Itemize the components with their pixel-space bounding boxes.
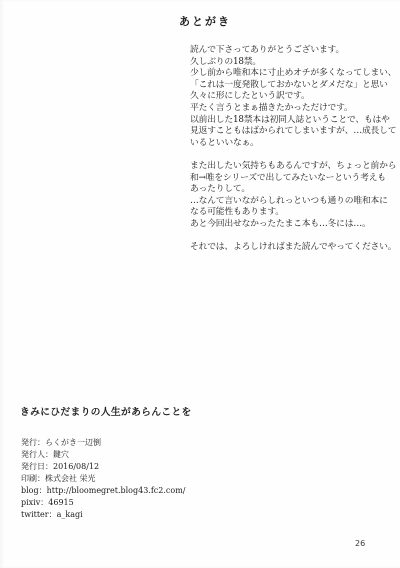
colophon-blog: blog：http://bloomegret.blog43.fc2.com/ [21, 485, 185, 497]
body-line: 久々に形にしたという訳です。 [190, 91, 398, 103]
colophon-value: らくがき一辺倒 [45, 438, 101, 447]
page-number: 26 [355, 539, 365, 548]
colophon-value: 2016/08/12 [53, 462, 99, 471]
body-line: 読んで下さってありがとうございます。 [190, 45, 398, 57]
body-line: 見返すこともはばかられてしまいますが、…成長して [190, 126, 398, 138]
colophon-label: pixiv [21, 498, 40, 507]
colophon-separator: ： [45, 450, 53, 459]
colophon-separator: ： [39, 486, 47, 495]
body-line: あと今回出せなかったたまこ本も…冬には…。 [190, 219, 398, 231]
body-line: それでは、よろしければまた読んでやってください。 [190, 242, 398, 254]
colophon-label: 発行 [21, 438, 37, 447]
colophon-label: blog [21, 486, 39, 495]
body-line: 少し前から唯和本に寸止めオチが多くなってしまい、 [190, 68, 398, 80]
colophon-separator: ： [37, 438, 45, 447]
body-line: 以前出した18禁本は初同人誌ということで、もはや [190, 115, 398, 127]
colophon-printer: 印刷：株式会社 栄光 [21, 473, 185, 485]
colophon-twitter: twitter：a_kagi [21, 509, 185, 521]
colophon-pixiv: pixiv：46915 [21, 497, 185, 509]
body-line: 平たく言うとまぁ描きたかっただけです。 [190, 103, 398, 115]
body-line: また出したい気持ちもあるんですが、ちょっと前から [190, 161, 398, 173]
body-line: 久しぶりの18禁。 [190, 57, 398, 69]
afterword-page: あとがき 読んで下さってありがとうございます。 久しぶりの18禁。 少し前から唯… [0, 0, 400, 568]
colophon-separator: ： [49, 510, 57, 519]
colophon-value: 鍵穴 [53, 450, 69, 459]
colophon-publisher: 発行：らくがき一辺倒 [21, 437, 185, 449]
colophon-label: 発行人 [21, 450, 45, 459]
body-line-blank [190, 231, 398, 243]
body-line: 「これは一度発散しておかないとダメだな」と思い [190, 80, 398, 92]
body-line: あったりして。 [190, 184, 398, 196]
book-title: きみにひだまりの人生があらんことを [20, 404, 192, 418]
body-line: なる可能性もあります。 [190, 207, 398, 219]
colophon-label: 印刷 [21, 474, 37, 483]
colophon-author: 発行人：鍵穴 [21, 449, 185, 461]
colophon-label: 発行日 [21, 462, 45, 471]
colophon-label: twitter [21, 510, 49, 519]
colophon-date: 発行日：2016/08/12 [21, 461, 185, 473]
colophon-separator: ： [45, 462, 53, 471]
body-line: いるといいなぁ。 [190, 138, 398, 150]
colophon-separator: ： [37, 474, 45, 483]
afterword-body: 読んで下さってありがとうございます。 久しぶりの18禁。 少し前から唯和本に寸止… [190, 45, 398, 254]
colophon-blog-url: http://bloomegret.blog43.fc2.com/ [47, 486, 186, 495]
colophon: 発行：らくがき一辺倒 発行人：鍵穴 発行日：2016/08/12 印刷：株式会社… [21, 437, 185, 521]
colophon-value: 株式会社 栄光 [45, 474, 96, 483]
colophon-twitter-handle: a_kagi [57, 510, 83, 519]
body-line: …なんて言いながらしれっといつも通りの唯和本に [190, 196, 398, 208]
afterword-heading: あとがき [0, 13, 400, 29]
body-line: 和→唯をシリーズで出してみたいなーという考えも [190, 173, 398, 185]
body-line-blank [190, 149, 398, 161]
colophon-pixiv-id: 46915 [48, 498, 73, 507]
